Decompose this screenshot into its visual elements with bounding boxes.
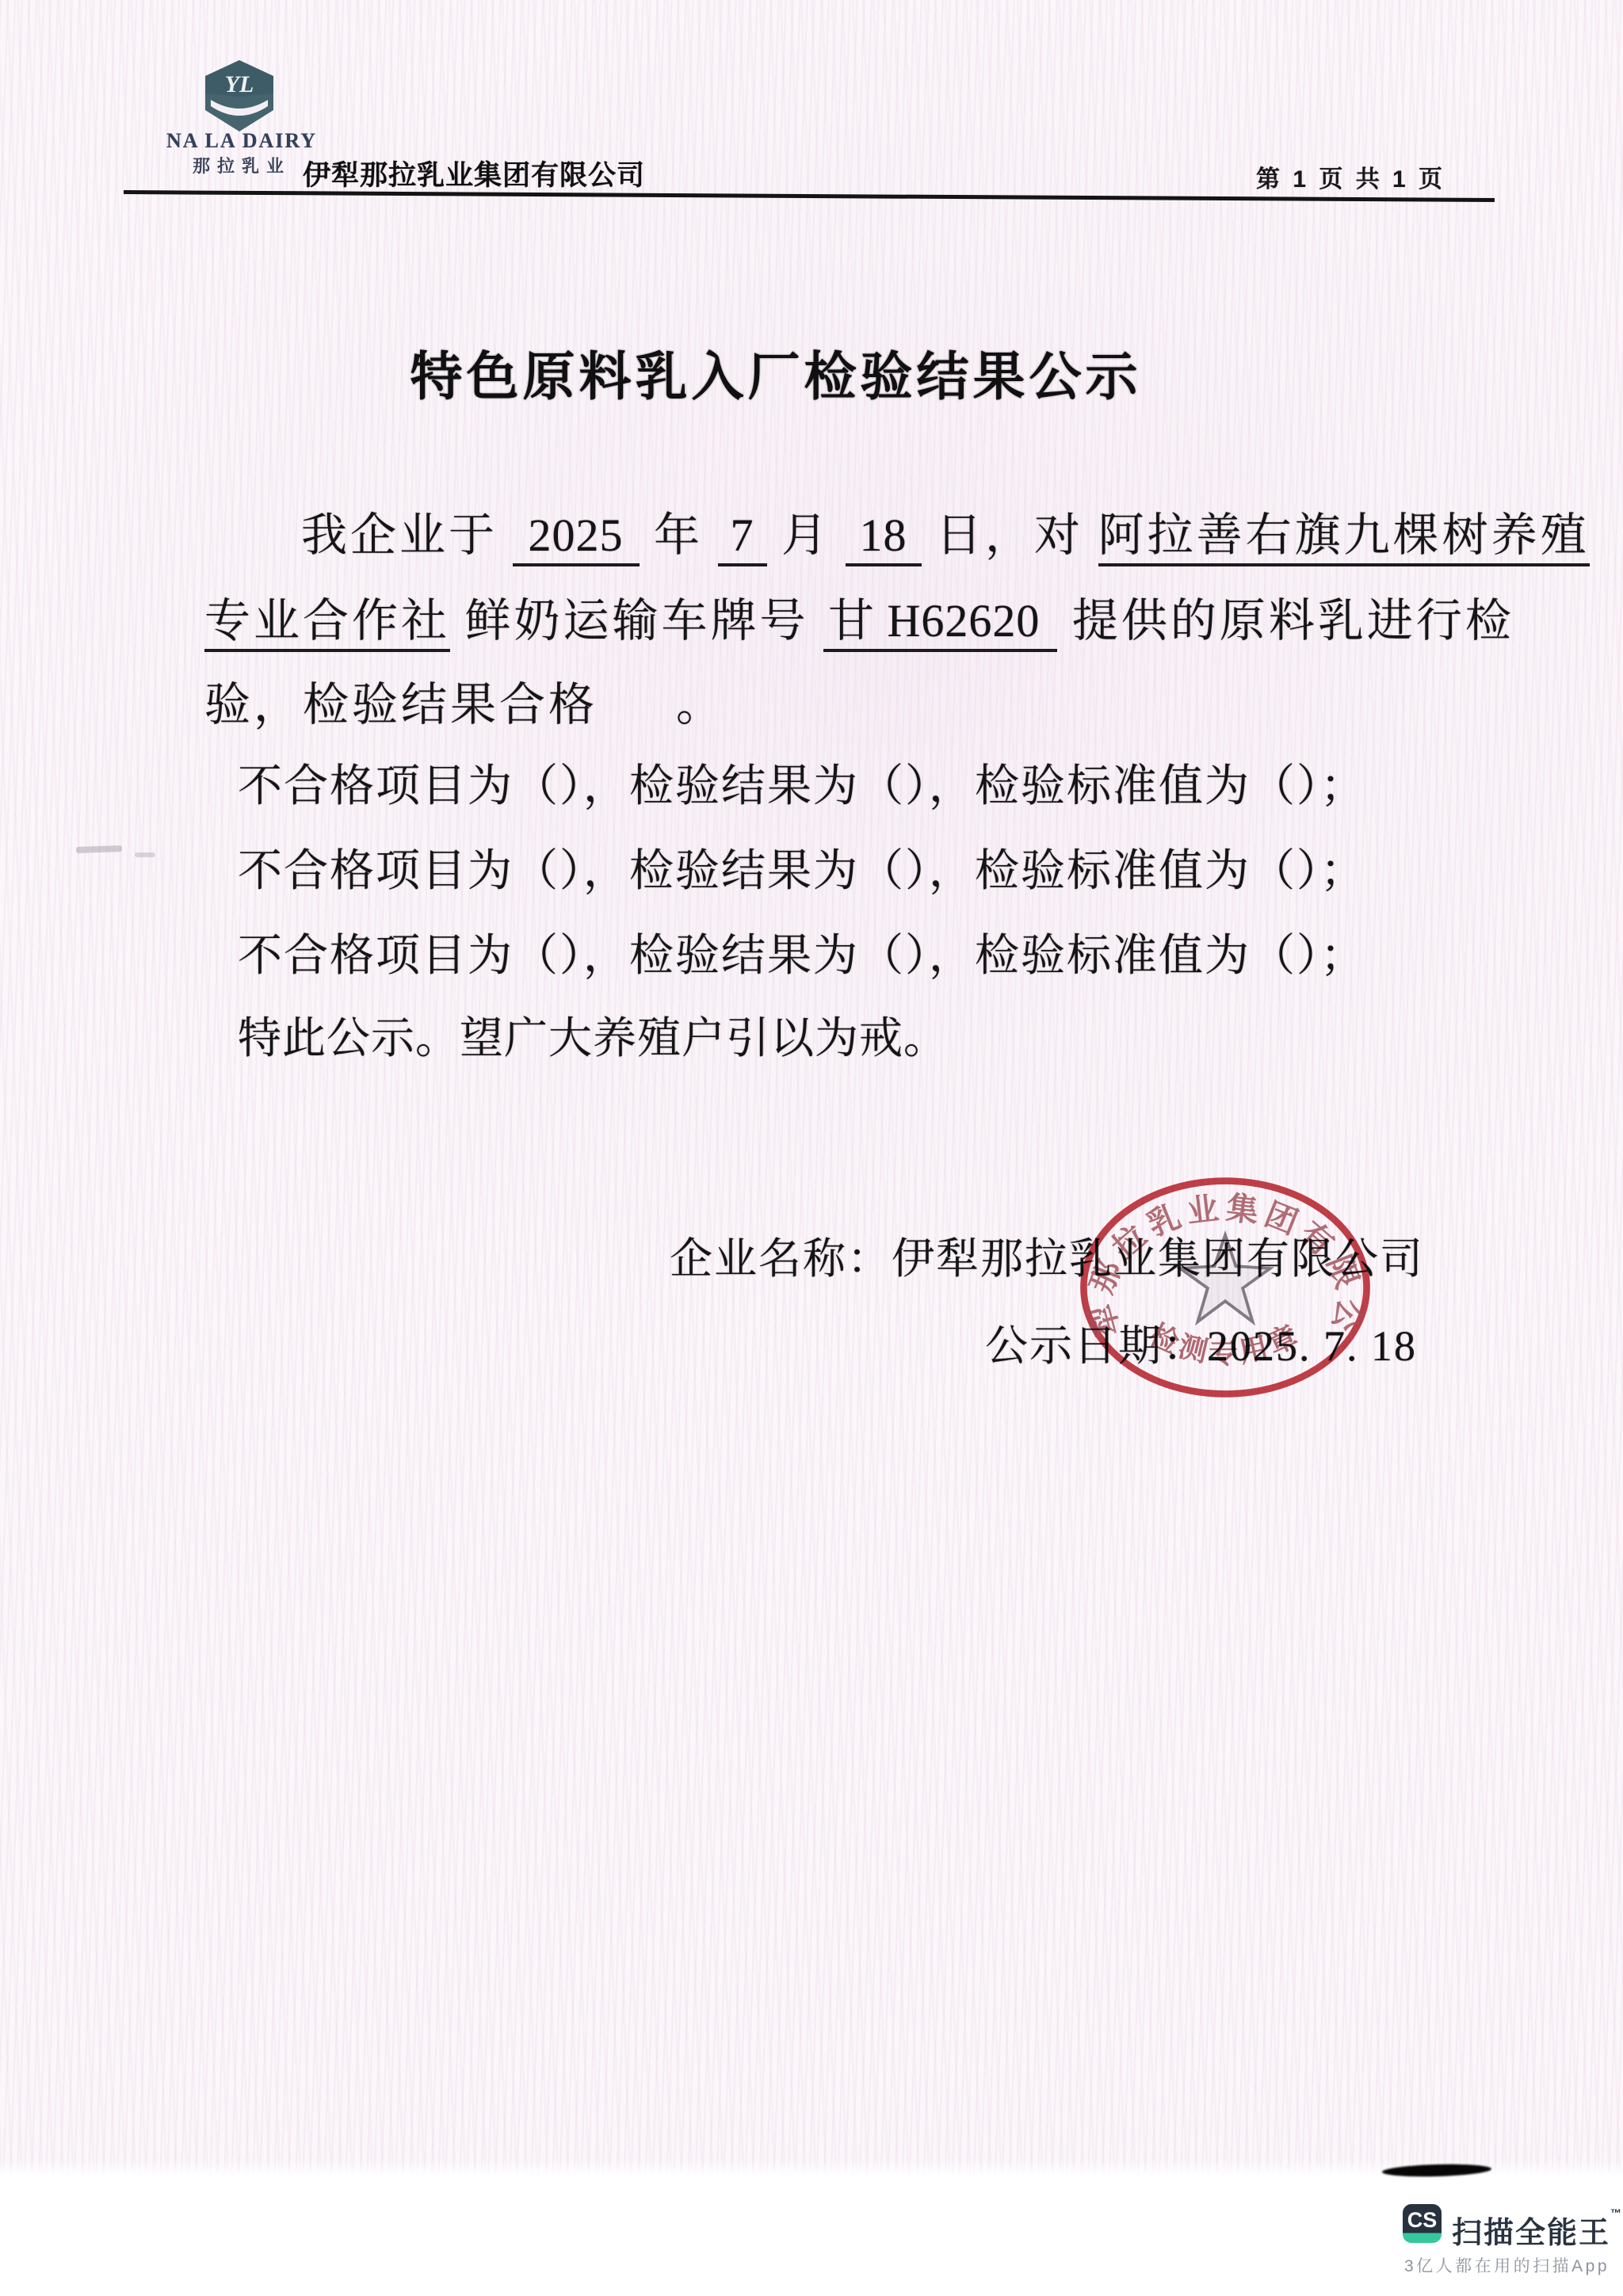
logo-text-en: NA LA DAIRY <box>151 129 333 153</box>
company-seal-stamp: 伊犁那拉乳业集团有限公司 检测专用章 <box>1073 1169 1377 1405</box>
stamp-star-icon <box>1180 1235 1270 1322</box>
body-line-2-mid: 鲜奶运输车牌号 <box>465 595 809 646</box>
app-name-text: 扫描全能王 <box>1452 2217 1610 2250</box>
reject-item-line-1: 不合格项目为（），检验结果为（），检验标准值为（）； <box>238 751 1366 814</box>
supplier-name-part2: 专业合作社 <box>204 595 450 652</box>
day-suffix: 日，对 <box>936 509 1083 561</box>
page-number-info: 第 1 页 共 1 页 <box>1256 159 1445 194</box>
body-line-3: 验，检验结果合格 。 <box>204 667 725 734</box>
body-line-2-post: 提供的原料乳进行检 <box>1072 595 1514 646</box>
inspection-result-text: 验，检验结果合格 <box>204 679 598 730</box>
month-suffix: 月 <box>781 509 831 561</box>
letterhead-company-name: 伊犁那拉乳业集团有限公司 <box>303 154 645 193</box>
year-suffix: 年 <box>654 509 703 561</box>
stamp-bottom-text: 检测专用章 <box>1144 1318 1306 1369</box>
scan-artifact <box>135 852 155 857</box>
scan-artifact <box>76 845 122 853</box>
body-line-1-pre: 我企业于 <box>301 509 498 561</box>
body-line-1: 我企业于 2025 年 7 月 18 日，对 阿拉善右旗九棵树养殖 <box>301 498 1590 564</box>
logo-monogram: YL <box>225 71 254 97</box>
inspection-day: 18 <box>846 509 922 566</box>
inspection-year: 2025 <box>513 509 640 566</box>
truck-plate-number: 甘 H62620 <box>823 595 1057 652</box>
document-title: 特色原料乳入厂检验结果公示 <box>0 334 1587 410</box>
closing-line: 特此公示。望广大养殖户引以为戒。 <box>238 1003 948 1066</box>
reject-item-line-3: 不合格项目为（），检验结果为（），检验标准值为（）； <box>238 921 1366 984</box>
inspection-month: 7 <box>718 509 767 566</box>
sentence-period: 。 <box>676 679 725 730</box>
reject-item-line-2: 不合格项目为（），检验结果为（），检验标准值为（）； <box>238 836 1366 899</box>
camscanner-tagline: 3亿人都在用的扫描App <box>1404 2253 1610 2277</box>
nala-dairy-logo-icon: YL <box>203 60 276 132</box>
body-line-2: 专业合作社 鲜奶运输车牌号 甘 H62620 提供的原料乳进行检 <box>204 583 1514 650</box>
paper-sheet: YL NA LA DAIRY 那拉乳业 伊犁那拉乳业集团有限公司 第 1 页 共… <box>0 0 1623 2176</box>
supplier-name-part1: 阿拉善右旗九棵树养殖 <box>1098 509 1590 566</box>
svg-text:检测专用章: 检测专用章 <box>1144 1318 1306 1369</box>
camscanner-app-name: 扫描全能王™ <box>1452 2208 1623 2252</box>
camscanner-logo-icon: CS <box>1403 2204 1442 2243</box>
trademark-symbol: ™ <box>1610 2206 1623 2219</box>
